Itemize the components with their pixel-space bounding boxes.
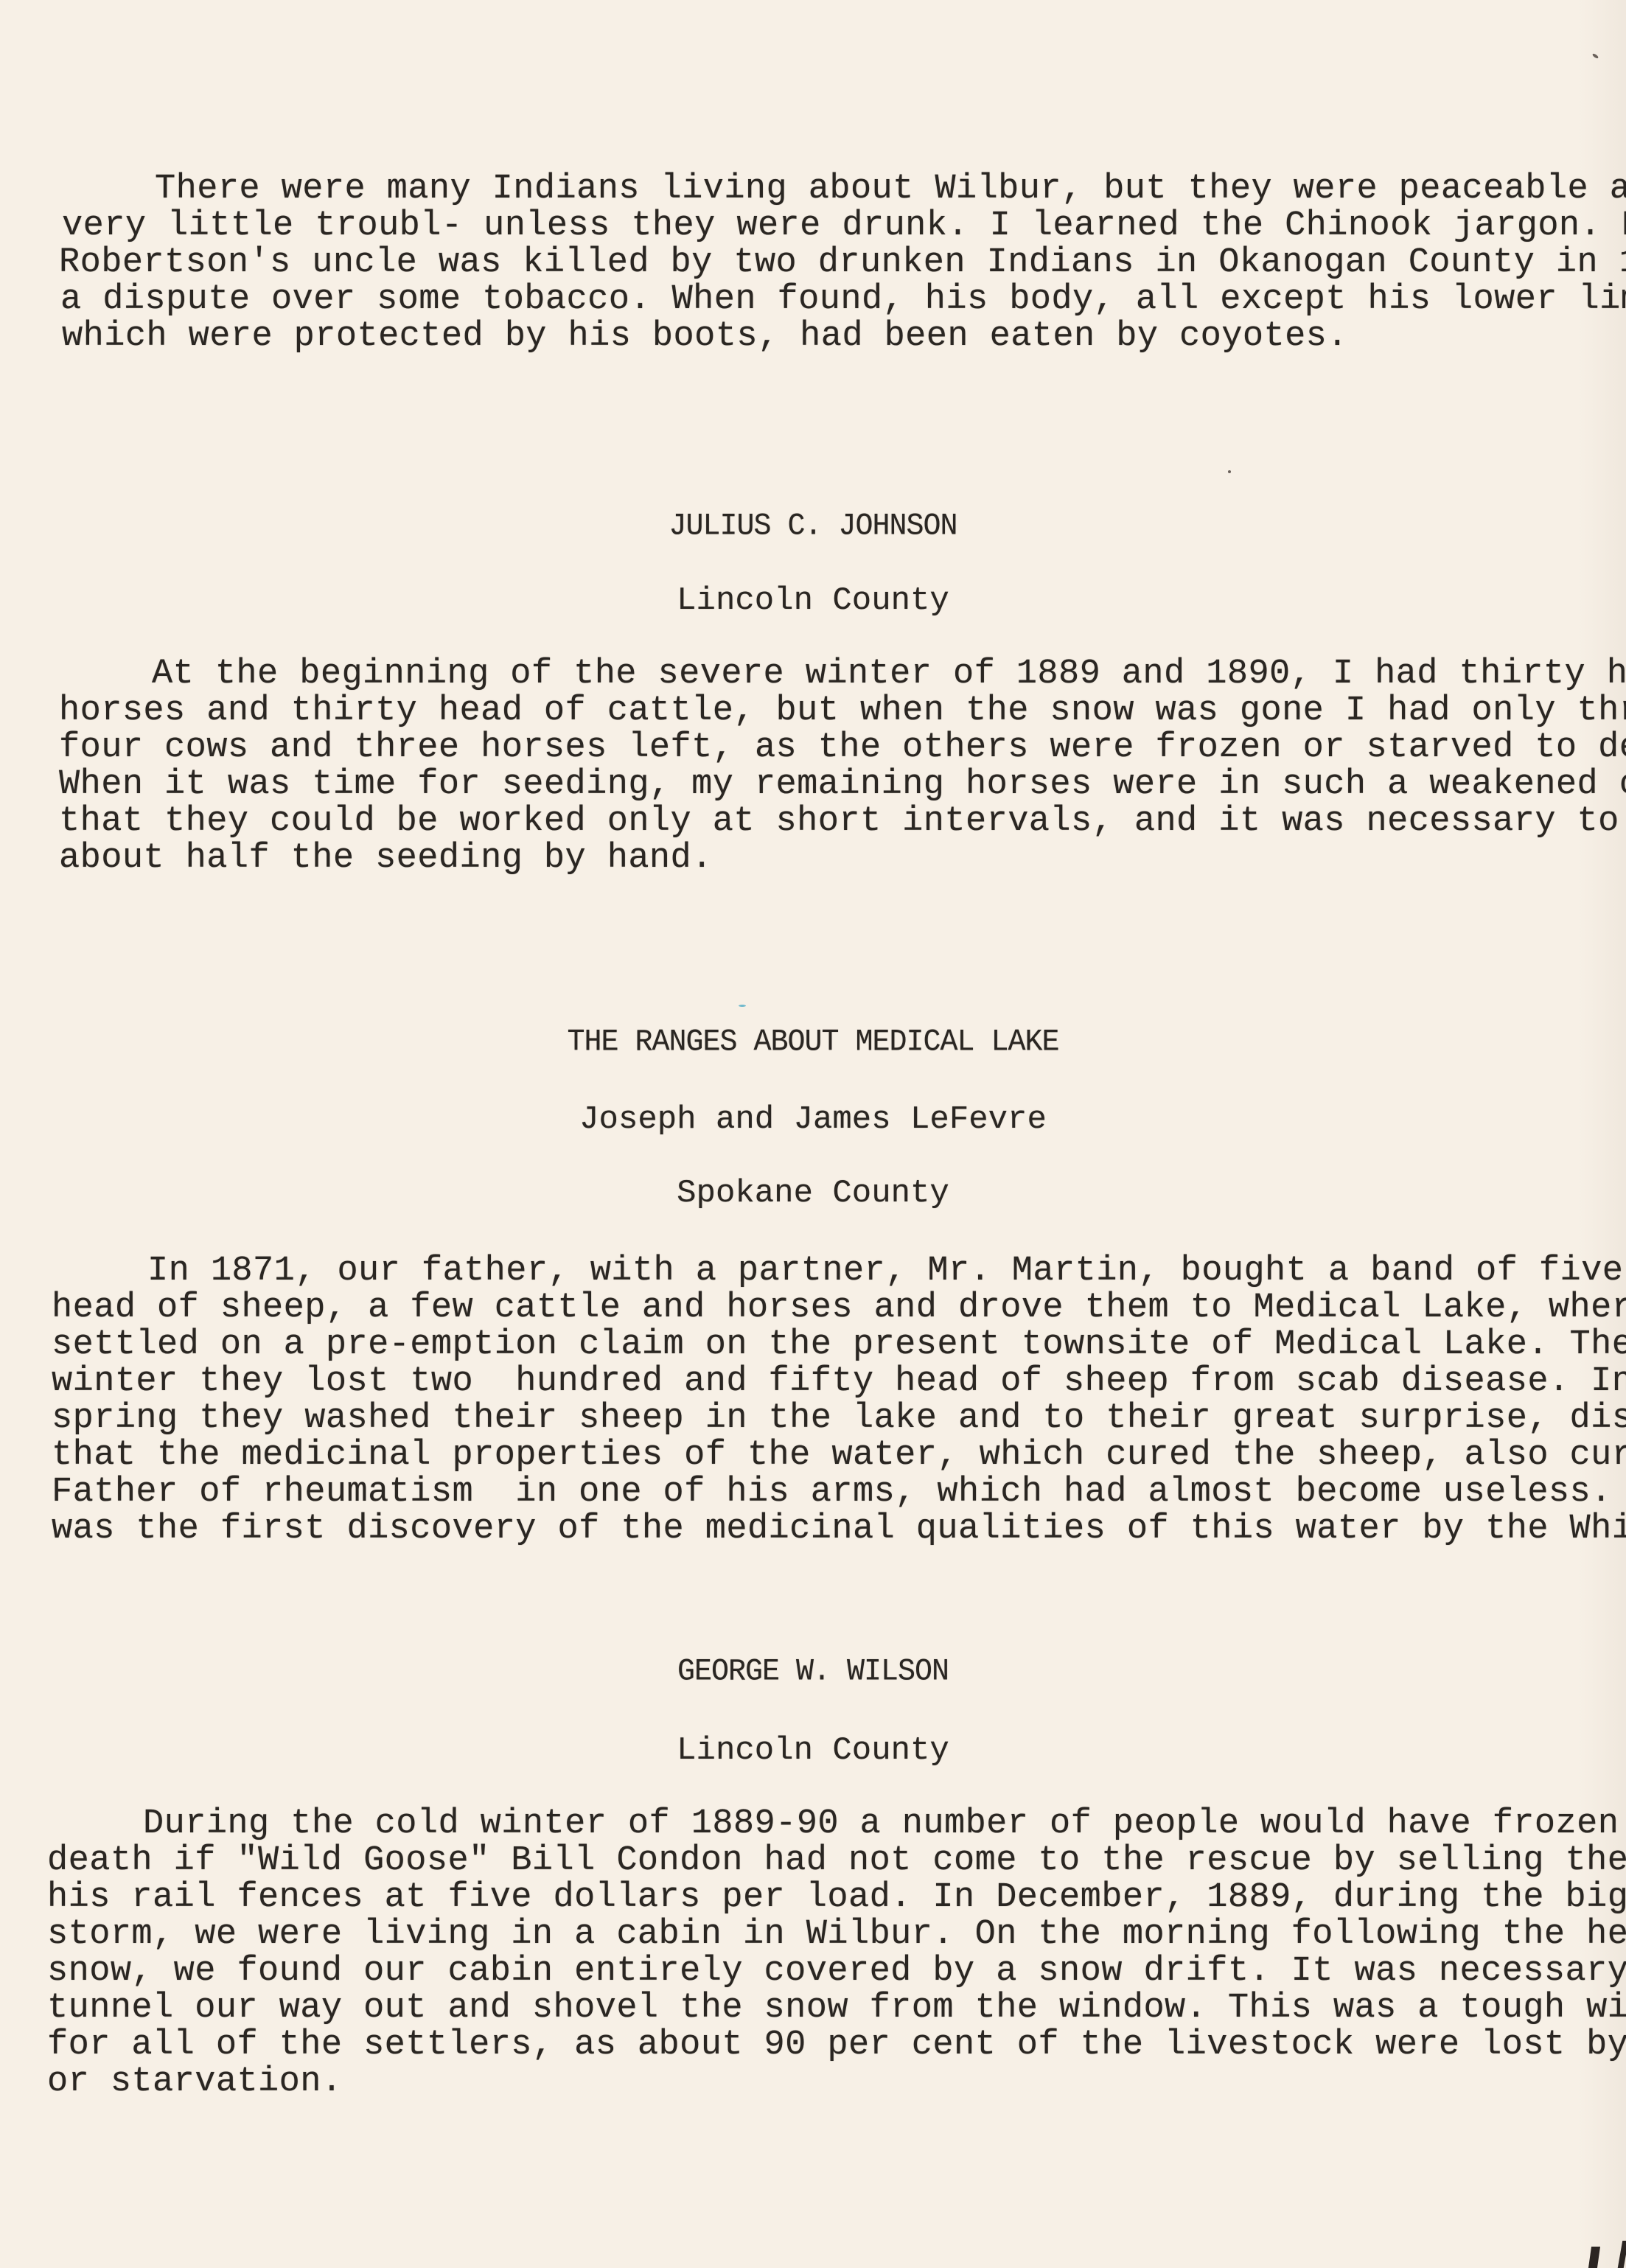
text-line: four cows and three horses left, as the … xyxy=(59,730,1626,767)
text-line: winter they lost two hundred and fifty h… xyxy=(52,1364,1626,1400)
text-line: Robertson's uncle was killed by two drun… xyxy=(59,245,1626,282)
text-line: horses and thirty head of cattle, but wh… xyxy=(59,693,1626,730)
ink-speck xyxy=(1592,53,1599,59)
text-line: which were protected by his boots, had b… xyxy=(62,318,1348,355)
text-line: very little troubl- unless they were dru… xyxy=(62,208,1626,245)
text-line: a dispute over some tobacco. When found,… xyxy=(60,282,1626,318)
section-heading: THE RANGES ABOUT MEDICAL LAKE xyxy=(0,1024,1626,1063)
text-line: that they could be worked only at short … xyxy=(59,803,1626,840)
text-line: spring they washed their sheep in the la… xyxy=(52,1400,1626,1437)
section-county: Lincoln County xyxy=(0,1732,1626,1769)
ink-speck xyxy=(1228,470,1231,473)
text-line: was the first discovery of the medicinal… xyxy=(52,1511,1626,1548)
section-heading: GEORGE W. WILSON xyxy=(0,1653,1626,1692)
text-line: or starvation. xyxy=(47,2064,342,2101)
text-line: death if "Wild Goose" Bill Condon had no… xyxy=(47,1843,1626,1880)
text-line: snow, we found our cabin entirely covere… xyxy=(47,1953,1626,1990)
section-heading: JULIUS C. JOHNSON xyxy=(0,508,1626,547)
text-line: head of sheep, a few cattle and horses a… xyxy=(52,1290,1626,1327)
text-line: At the beginning of the severe winter of… xyxy=(152,656,1626,693)
section-authors: Joseph and James LeFevre xyxy=(0,1101,1626,1138)
text-line: tunnel our way out and shovel the snow f… xyxy=(47,1990,1626,2027)
ink-speck xyxy=(739,1005,746,1007)
text-line: storm, we were living in a cabin in Wilb… xyxy=(47,1916,1626,1953)
text-line: There were many Indians living about Wil… xyxy=(155,171,1626,208)
cropped-page-number-glyph xyxy=(1588,2247,1600,2268)
text-line: that the medicinal properties of the wat… xyxy=(52,1437,1626,1474)
text-line: settled on a pre-emption claim on the pr… xyxy=(52,1327,1626,1364)
section-county: Spokane County xyxy=(0,1175,1626,1212)
text-line: When it was time for seeding, my remaini… xyxy=(59,767,1626,803)
text-line: his rail fences at five dollars per load… xyxy=(47,1880,1626,1916)
text-line: In 1871, our father, with a partner, Mr.… xyxy=(147,1253,1626,1290)
text-line: about half the seeding by hand. xyxy=(59,840,713,877)
section-county: Lincoln County xyxy=(0,582,1626,619)
text-line: for all of the settlers, as about 90 per… xyxy=(47,2027,1626,2064)
text-line: During the cold winter of 1889-90 a numb… xyxy=(143,1806,1626,1843)
text-line: Father of rheumatism in one of his arms,… xyxy=(52,1474,1626,1511)
typed-document-page: There were many Indians living about Wil… xyxy=(0,0,1626,2268)
cropped-page-number-glyph xyxy=(1618,2241,1626,2268)
